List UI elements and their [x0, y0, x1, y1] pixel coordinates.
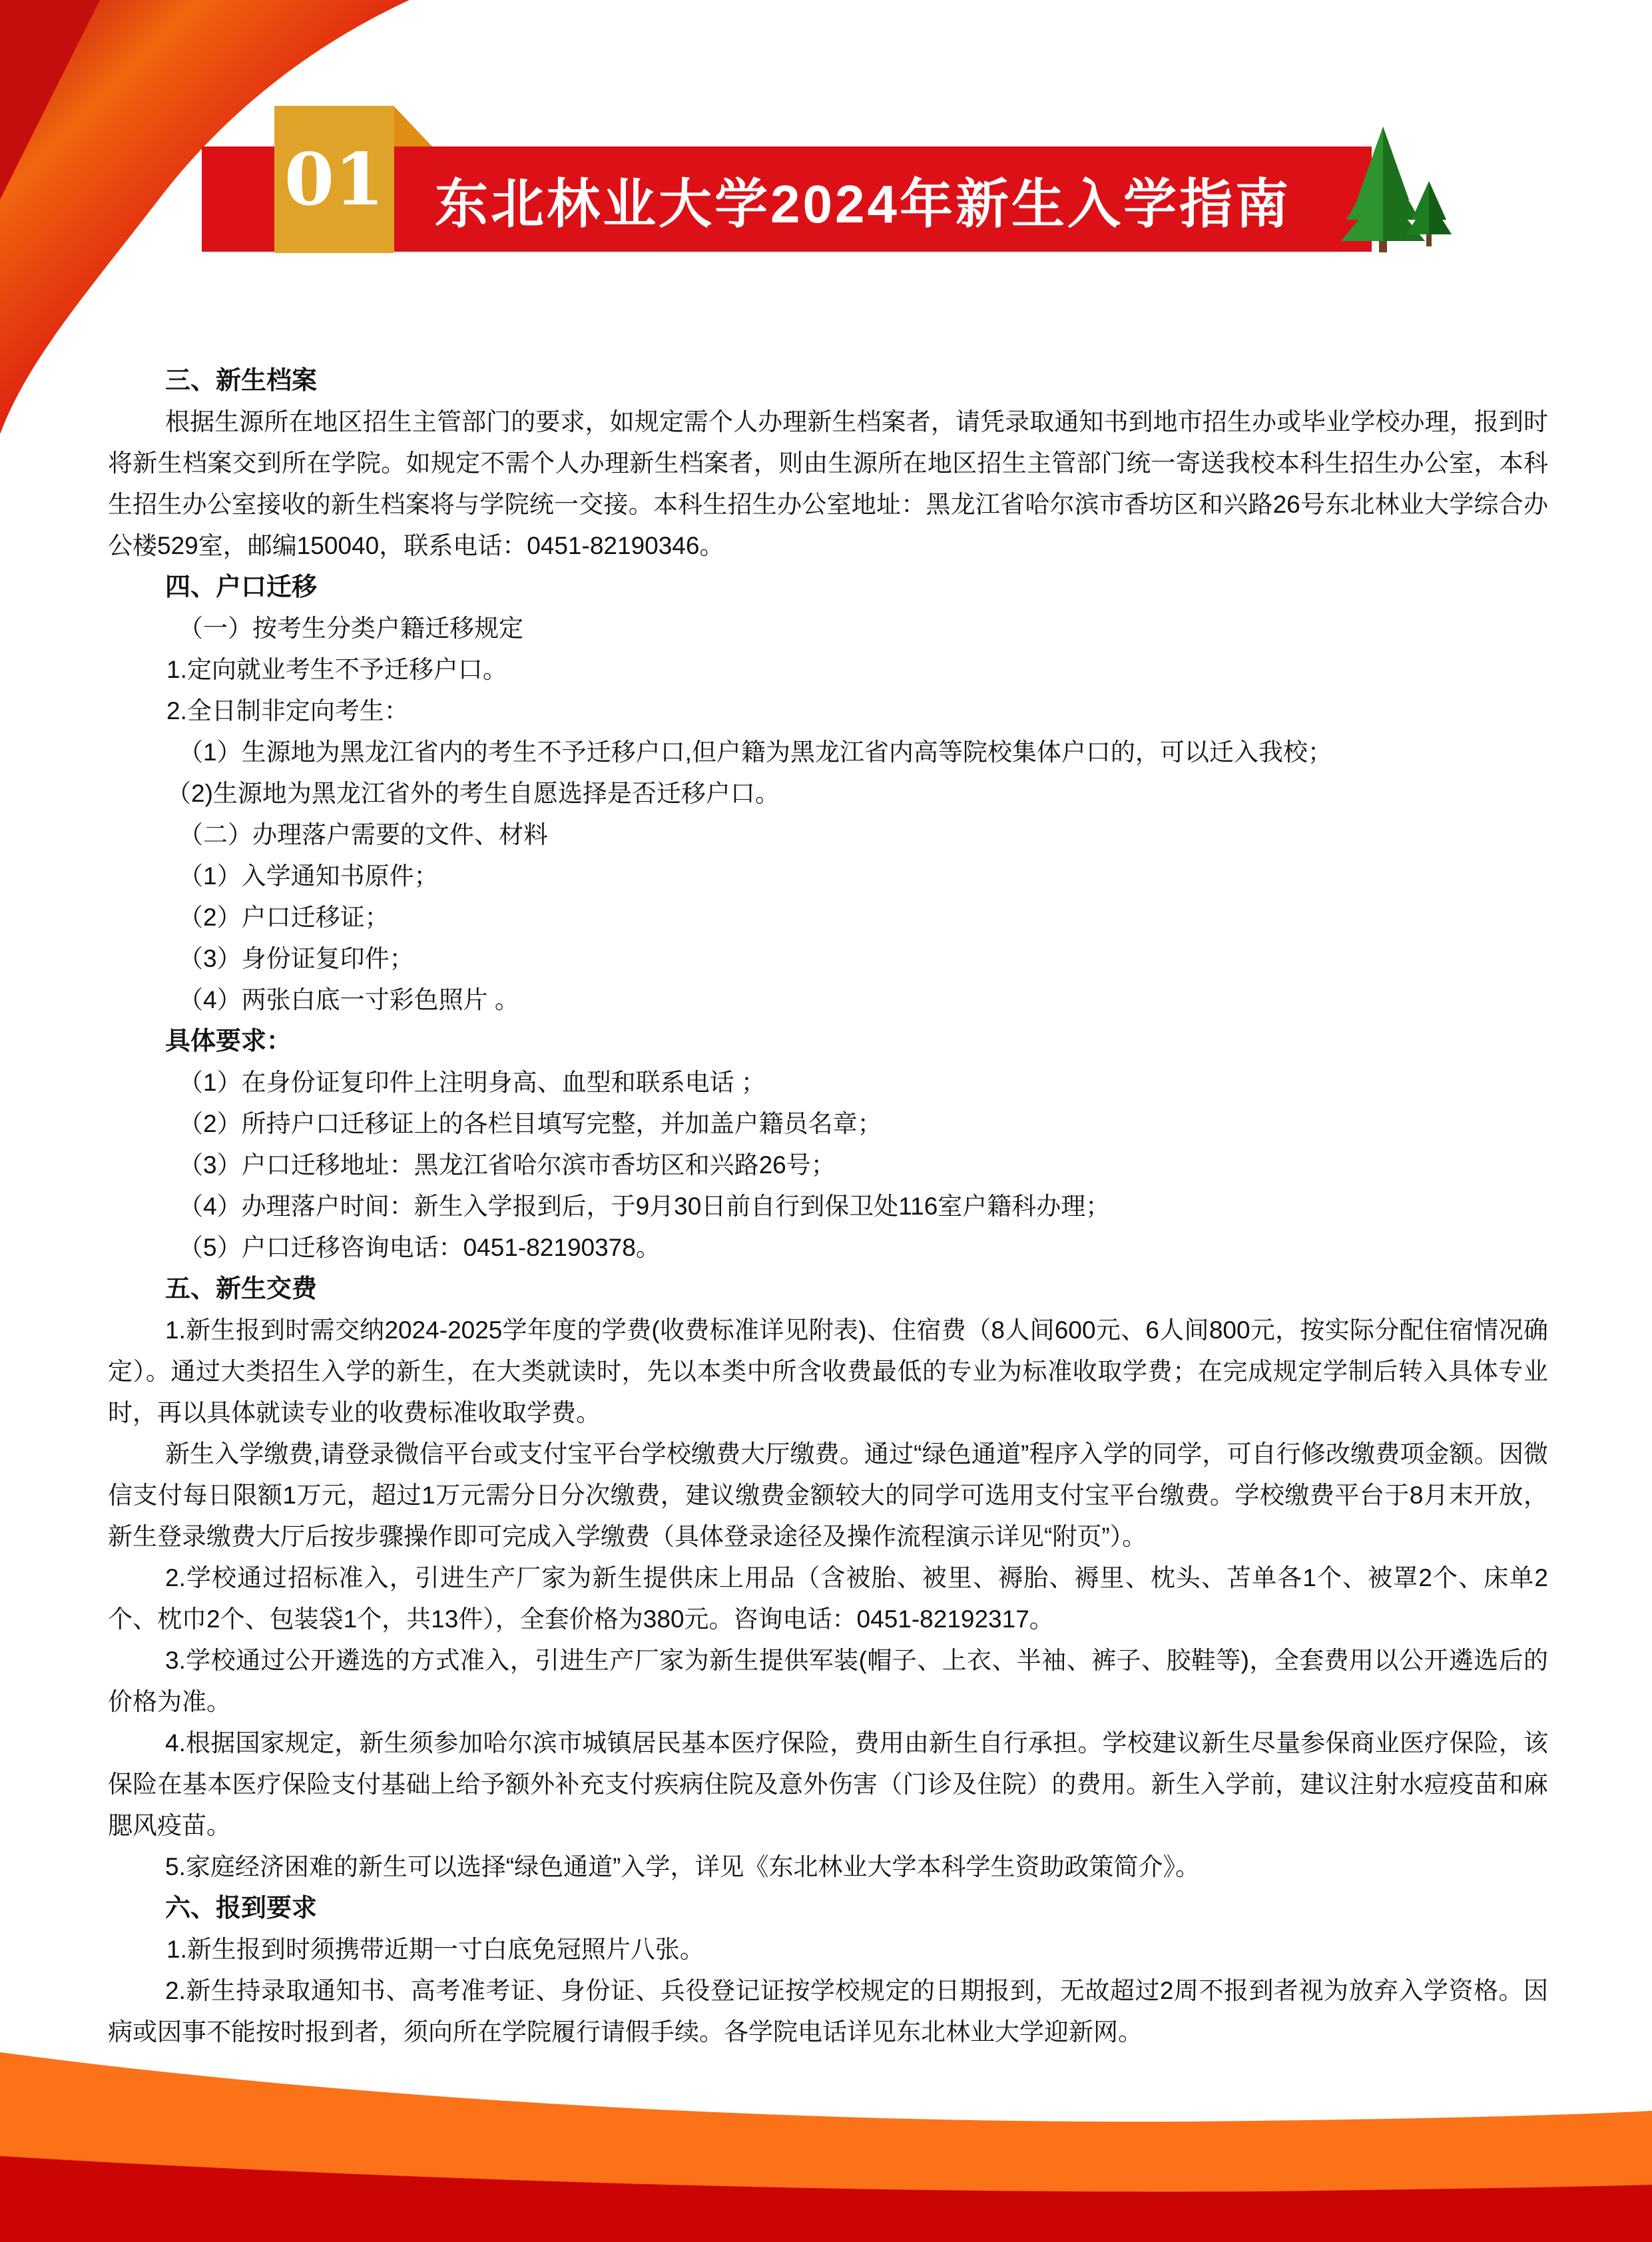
- list-item: 1.定向就业考生不予迁移户口。: [108, 649, 1548, 691]
- paragraph-payment: 4.根据国家规定，新生须参加哈尔滨市城镇居民基本医疗保险，费用由新生自行承担。学…: [108, 1723, 1548, 1846]
- list-item: （5）户口迁移咨询电话：0451-82190378。: [108, 1227, 1548, 1268]
- list-item: （1）在身份证复印件上注明身高、血型和联系电话 ；: [108, 1062, 1548, 1103]
- section-heading-hukou: 四、户口迁移: [108, 567, 1548, 608]
- section-number: 01: [284, 144, 384, 216]
- list-item: （一）按考生分类户籍迁移规定: [108, 608, 1548, 649]
- tab-fold-corner: [394, 107, 433, 147]
- list-item: （4）两张白底一寸彩色照片 。: [108, 980, 1548, 1021]
- paragraph-checkin: 1.新生报到时须携带近期一寸白底免冠照片八张。: [108, 1929, 1548, 1970]
- bottom-wave-orange: [0, 2052, 1652, 2242]
- page: 东北林业大学2024年新生入学指南 01 三、新生档案 根据生源所在地区招生主管…: [0, 0, 1652, 2242]
- page-title: 东北林业大学2024年新生入学指南: [435, 161, 1291, 238]
- paragraph-payment: 1.新生报到时需交纳2024-2025学年度的学费(收费标准详见附表)、住宿费（…: [108, 1310, 1548, 1434]
- paragraph-checkin: 2.新生持录取通知书、高考准考证、身份证、兵役登记证按学校规定的日期报到，无故超…: [108, 1970, 1548, 2053]
- section-heading-archives: 三、新生档案: [108, 360, 1548, 402]
- list-item: （2）户口迁移证；: [108, 897, 1548, 938]
- paragraph-archives: 根据生源所在地区招生主管部门的要求，如规定需个人办理新生档案者，请凭录取通知书到…: [108, 402, 1548, 567]
- paragraph-payment: 3.学校通过公开遴选的方式准入，引进生产厂家为新生提供军装(帽子、上衣、半袖、裤…: [108, 1640, 1548, 1723]
- list-item: （2）所持户口迁移证上的各栏目填写完整，并加盖户籍员名章；: [108, 1103, 1548, 1145]
- subheading-requirements: 具体要求：: [108, 1021, 1548, 1062]
- section-heading-payment: 五、新生交费: [108, 1268, 1548, 1310]
- paragraph-payment: 5.家庭经济困难的新生可以选择“绿色通道”入学，详见《东北林业大学本科学生资助政…: [108, 1846, 1548, 1888]
- list-item: （二）办理落户需要的文件、材料: [108, 814, 1548, 856]
- bottom-wave-red: [0, 2156, 1652, 2242]
- list-item: （1）入学通知书原件；: [108, 856, 1548, 897]
- document-body: 三、新生档案 根据生源所在地区招生主管部门的要求，如规定需个人办理新生档案者，请…: [108, 360, 1548, 2053]
- list-item: （4）办理落户时间：新生入学报到后，于9月30日前自行到保卫处116室户籍科办理…: [108, 1186, 1548, 1227]
- list-item: （1）生源地为黑龙江省内的考生不予迁移户口,但户籍为黑龙江省内高等院校集体户口的…: [108, 732, 1548, 773]
- list-item: （2)生源地为黑龙江省外的考生自愿选择是否迁移户口。: [108, 773, 1548, 814]
- list-item: 2.全日制非定向考生：: [108, 691, 1548, 732]
- list-item: （3）身份证复印件；: [108, 938, 1548, 980]
- list-item: （3）户口迁移地址：黑龙江省哈尔滨市香坊区和兴路26号；: [108, 1145, 1548, 1186]
- section-number-tab: 01: [274, 106, 394, 253]
- paragraph-payment: 新生入学缴费,请登录微信平台或支付宝平台学校缴费大厅缴费。通过“绿色通道”程序入…: [108, 1434, 1548, 1557]
- paragraph-payment: 2.学校通过招标准入，引进生产厂家为新生提供床上用品（含被胎、被里、褥胎、褥里、…: [108, 1557, 1548, 1640]
- section-heading-checkin: 六、报到要求: [108, 1888, 1548, 1929]
- pine-tree-icon-small: [1406, 181, 1452, 246]
